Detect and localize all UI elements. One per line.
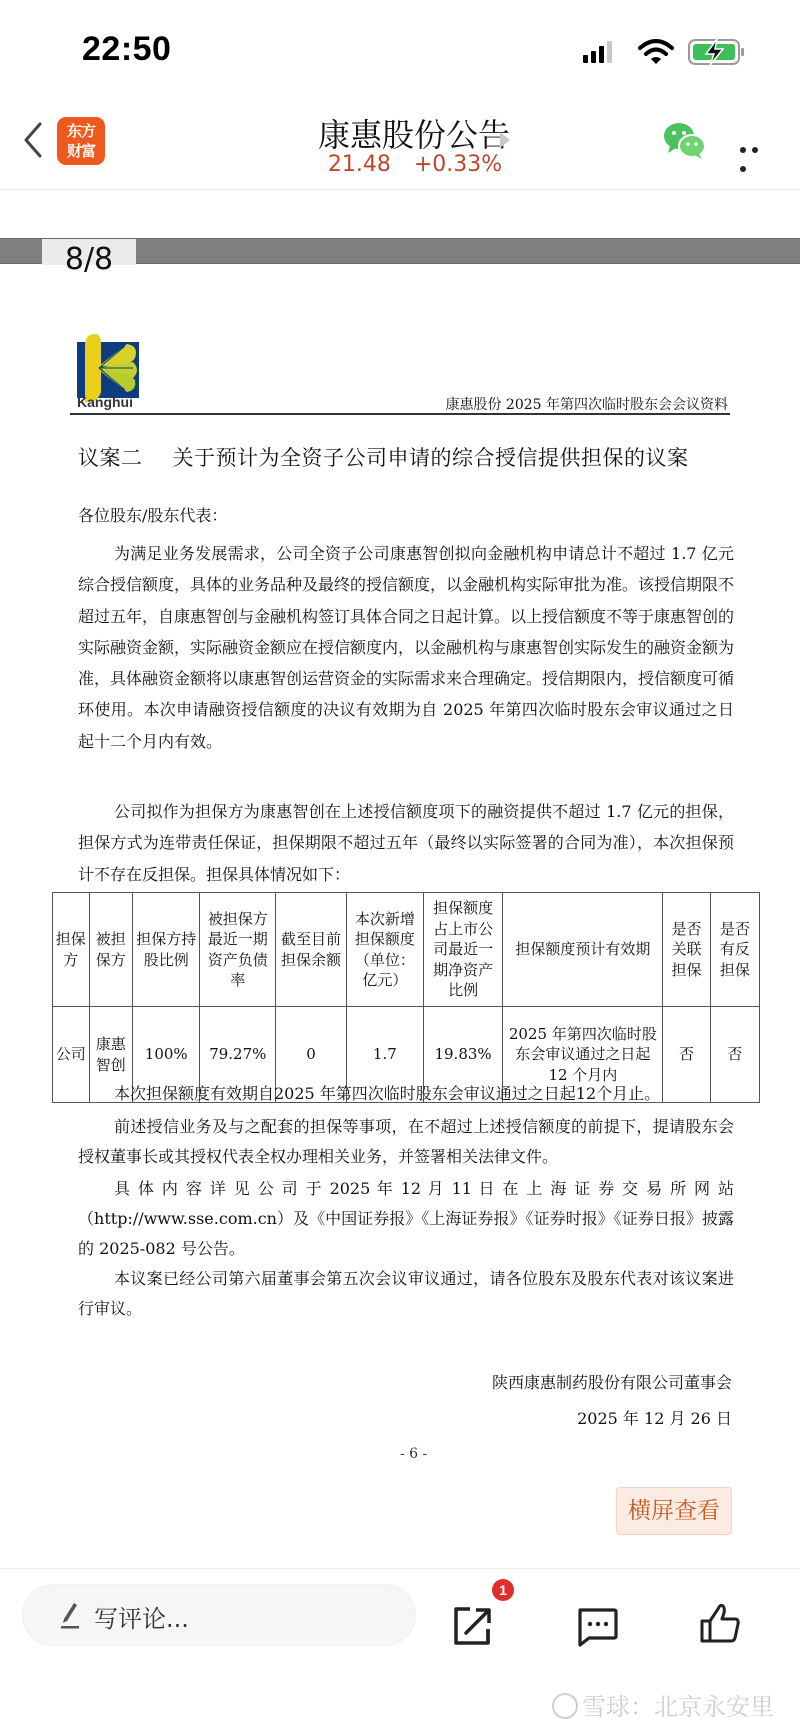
- motion-title: 议案二关于预计为全资子公司申请的综合授信提供担保的议案: [78, 442, 689, 472]
- page-indicator: 8/8: [42, 242, 136, 277]
- paragraph-disclosure-line1: 具 体 内 容 详 见 公 司 于 2025 年 12 月 11 日 在 上 海…: [78, 1174, 734, 1204]
- table-header-row: 担保方 被担保方 担保方持股比例 被担保方最近一期资产负债率 截至目前担保余额 …: [53, 893, 760, 1007]
- signal-icon: [582, 40, 622, 66]
- page-title-text: 康惠股份公告: [304, 110, 524, 156]
- xueqiu-logo-icon: [552, 1693, 578, 1719]
- wifi-icon: [638, 38, 674, 66]
- battery-charging-icon: [688, 38, 748, 66]
- table-header: 被担保方: [89, 893, 132, 1007]
- kanghui-logo-icon: [77, 332, 147, 402]
- page-number: - 6 -: [400, 1446, 427, 1462]
- caret-right-icon: [500, 132, 510, 148]
- bottom-action-bar: 写评论... 1 雪球：北京永安里: [0, 1568, 800, 1731]
- comment-input[interactable]: 写评论...: [22, 1584, 416, 1646]
- salutation: 各位股东/股东代表：: [78, 500, 734, 531]
- document-header: 康惠股份 2025 年第四次临时股东会会议资料: [445, 394, 728, 414]
- share-icon[interactable]: [452, 1603, 496, 1647]
- pencil-icon: [59, 1601, 81, 1629]
- status-time: 22:50: [82, 30, 171, 69]
- motion-title-text: 关于预计为全资子公司申请的综合授信提供担保的议案: [173, 446, 689, 470]
- paragraph-disclosure: （http://www.sse.com.cn）及《中国证券报》《上海证券报》《证…: [78, 1204, 734, 1264]
- watermark: 雪球：北京永安里: [552, 1687, 774, 1722]
- signature-date: 2025 年 12 月 26 日: [577, 1406, 732, 1429]
- status-bar: 22:50: [0, 0, 800, 100]
- more-dots-icon[interactable]: [740, 138, 774, 148]
- table-header: 是否有反担保: [710, 893, 759, 1007]
- company-logo-text: Kanghui: [77, 394, 133, 410]
- nav-header: 东方 财富 康惠股份公告 21.48 +0.33%: [0, 100, 800, 190]
- table-header: 本次新增担保额度（单位：亿元）: [346, 893, 423, 1007]
- wechat-icon[interactable]: [662, 120, 708, 160]
- like-icon[interactable]: [698, 1601, 742, 1645]
- comment-placeholder: 写评论...: [94, 1599, 189, 1634]
- stock-price: 21.48: [328, 152, 391, 177]
- table-header: 担保额度预计有效期: [503, 893, 663, 1007]
- header-divider: [70, 413, 730, 415]
- signature-organization: 陕西康惠制药股份有限公司董事会: [492, 1370, 732, 1393]
- table-header: 是否关联担保: [663, 893, 710, 1007]
- comment-icon[interactable]: [575, 1607, 619, 1647]
- table-header: 担保额度占上市公司最近一期净资产比例: [423, 893, 503, 1007]
- watermark-text: 雪球：北京永安里: [582, 1693, 774, 1721]
- motion-label: 议案二: [78, 446, 143, 470]
- table-header: 担保方持股比例: [132, 893, 200, 1007]
- paragraph-credit-line: 为满足业务发展需求，公司全资子公司康惠智创拟向金融机构申请总计不超过 1.7 亿…: [78, 538, 734, 757]
- share-badge: 1: [492, 1579, 514, 1601]
- table-header: 担保方: [53, 893, 90, 1007]
- paragraph-authorization: 前述授信业务及与之配套的担保等事项，在不超过上述授信额度的前提下，提请股东会授权…: [78, 1112, 734, 1172]
- landscape-view-button[interactable]: 横屏查看: [616, 1487, 732, 1535]
- paragraph-guarantee: 公司拟作为担保方为康惠智创在上述授信额度项下的融资提供不超过 1.7 亿元的担保…: [78, 796, 734, 890]
- paragraph-board-approval: 本议案已经公司第六届董事会第五次会议审议通过，请各位股东及股东代表对该议案进行审…: [78, 1264, 734, 1324]
- guarantee-table: 担保方 被担保方 担保方持股比例 被担保方最近一期资产负债率 截至目前担保余额 …: [52, 892, 760, 1103]
- table-header: 被担保方最近一期资产负债率: [200, 893, 276, 1007]
- table-header: 截至目前担保余额: [276, 893, 347, 1007]
- stock-change: +0.33%: [414, 152, 502, 177]
- paragraph-validity: 本次担保额度有效期自2025 年第四次临时股东会审议通过之日起12个月止。: [78, 1080, 734, 1108]
